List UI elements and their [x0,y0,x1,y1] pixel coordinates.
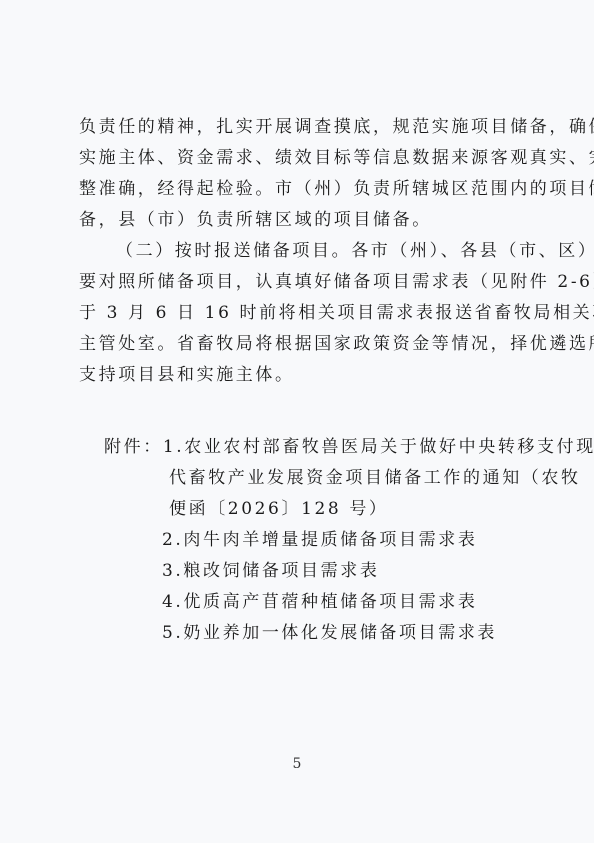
attachment-number: 2. [162,530,183,550]
attachments-label: 附件： [79,432,163,463]
text-line: 于 3 月 6 日 16 时前将相关项目需求表报送省畜牧局相关项目 [79,298,525,329]
section-heading-line: （二）按时报送储备项目。各市（州）、各县（市、区） [79,236,525,267]
attachment-item-1-continued: 便函〔2026〕128 号） [79,494,525,525]
text-line: 备，县（市）负责所辖区域的项目储备。 [79,205,525,236]
page-number: 5 [0,756,594,772]
attachment-number: 3. [162,561,183,581]
attachment-title: 肉牛肉羊增量提质储备项目需求表 [183,530,477,550]
attachment-item-3: 3.粮改饲储备项目需求表 [79,556,525,587]
attachment-item-5: 5.奶业养加一体化发展储备项目需求表 [79,618,525,649]
text-line: 支持项目县和实施主体。 [79,360,525,391]
spacer [79,391,525,432]
text-line: 负责任的精神，扎实开展调查摸底，规范实施项目储备，确保 [79,112,525,143]
attachments-list: 附件：1.农业农村部畜牧兽医局关于做好中央转移支付现 代畜牧产业发展资金项目储备… [79,432,525,649]
attachment-number: 5. [162,623,183,643]
attachment-item-4: 4.优质高产苜蓿种植储备项目需求表 [79,587,525,618]
document-page: 负责任的精神，扎实开展调查摸底，规范实施项目储备，确保 实施主体、资金需求、绩效… [79,112,525,649]
text-line: 要对照所储备项目，认真填好储备项目需求表（见附件 2-6）， [79,267,525,298]
attachment-number: 4. [162,592,183,612]
attachment-item-2: 2.肉牛肉羊增量提质储备项目需求表 [79,525,525,556]
text-line: 实施主体、资金需求、绩效目标等信息数据来源客观真实、完 [79,143,525,174]
attachment-title: 奶业养加一体化发展储备项目需求表 [183,623,497,643]
attachment-title: 粮改饲储备项目需求表 [183,561,379,581]
attachment-item-1-continued: 代畜牧产业发展资金项目储备工作的通知（农牧 [79,463,525,494]
attachment-item-1: 附件：1.农业农村部畜牧兽医局关于做好中央转移支付现 [79,432,525,463]
attachment-number: 1. [163,437,184,457]
paragraph-responsibility: 负责任的精神，扎实开展调查摸底，规范实施项目储备，确保 实施主体、资金需求、绩效… [79,112,525,236]
text-line: 整准确，经得起检验。市（州）负责所辖城区范围内的项目储 [79,174,525,205]
attachment-title: 农业农村部畜牧兽医局关于做好中央转移支付现 [184,437,594,457]
attachment-title: 优质高产苜蓿种植储备项目需求表 [183,592,477,612]
paragraph-submit-projects: （二）按时报送储备项目。各市（州）、各县（市、区） 要对照所储备项目，认真填好储… [79,236,525,391]
text-line: 主管处室。省畜牧局将根据国家政策资金等情况，择优遴选所 [79,329,525,360]
